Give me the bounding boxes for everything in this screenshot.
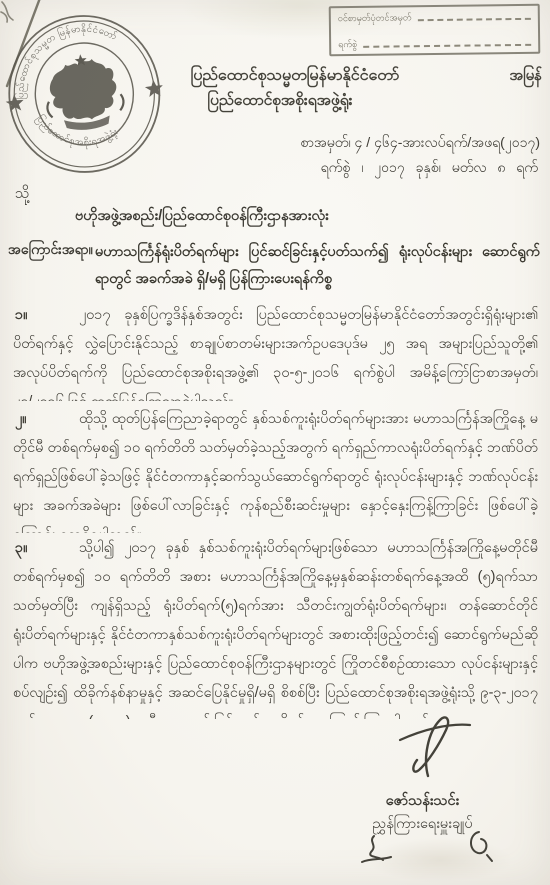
stamp-date-label: ရက်စွဲ [338,39,357,50]
addressee: ဗဟိုအဖွဲ့အစည်း/ပြည်ထောင်စုဝန်ကြီးဌာနအားလ… [75,207,329,228]
scanned-letter-page: ပြည်ထောင်စုသမ္မတ မြန်မာနိုင်ငံတော် ပြည်ထ… [0,0,550,885]
handwritten-signature [382,710,477,790]
paragraph-3: ၃။ သို့ပါ၍ ၂၀၁၇ ခုနှစ် နှစ်သစ်ကူးရုံးပိတ… [13,534,538,719]
subject-block: အကြောင်းအရာ။ မဟာသင်္ကြန်ရုံးပိတ်ရက်များ … [8,239,540,297]
stamp-date-blank-line [363,44,531,48]
union-government-seal: ပြည်ထောင်စုသမ္မတ မြန်မာနိုင်ငံတော် ပြည်ထ… [0,0,172,184]
subject-text: မဟာသင်္ကြန်ရုံးပိတ်ရက်များ ပြင်ဆင်ခြင်းန… [95,239,540,293]
urgency-label: အမြန် [509,66,542,88]
state-title: ပြည်ထောင်စုသမ္မတမြန်မာနိုင်ငံတော် [150,64,440,88]
paragraph-1-number: ၁။ [15,301,28,330]
letter-date: ရက်စွဲ ၊ ၂၀၁၇ ခုနှစ်၊ မတ်လ ၈ ရက် [321,158,538,179]
subject-label: အကြောင်းအရာ။ [8,240,93,261]
stamp-date-row: ရက်စွဲ [338,37,531,50]
paragraph-2-text: ထိုသို့ ထုတ်ပြန်ကြေညာခဲ့ရာတွင် နှစ်သစ်ကူ… [13,405,538,533]
received-stamp-box: ဝင်စာမှတ်ပုံတင်အမှတ် ရက်စွဲ [329,4,541,57]
paragraph-2: ၂။ ထိုသို့ ထုတ်ပြန်ကြေညာခဲ့ရာတွင် နှစ်သစ… [13,405,538,533]
handwritten-initial-left [358,832,394,870]
paragraph-1-text: ၂၀၁၇ ခုနှစ်ပြက္ခဒိန်နှစ်အတွင်း ပြည်ထောင်… [13,301,538,401]
seal-emblem [42,50,126,133]
stamp-registration-blank-line [418,18,531,21]
signer-name: ဇော်သန်းသင်း [340,792,505,813]
stamp-registration-label: ဝင်စာမှတ်ပုံတင်အမှတ် [338,12,412,24]
office-title: ပြည်ထောင်စုအစိုးရအဖွဲ့ရုံး [150,90,410,113]
letter-number: စာအမှတ်၊ ၄ / ၄၆၄-အားလပ်ရက်/အဖရ(၂၀၁၇) [300,133,540,154]
handwritten-initial-right [464,827,498,863]
salutation-to: သို့ [15,184,30,206]
paragraph-1: ၁။ ၂၀၁၇ ခုနှစ်ပြက္ခဒိန်နှစ်အတွင်း ပြည်ထေ… [13,301,538,401]
paragraph-3-text: သို့ပါ၍ ၂၀၁၇ ခုနှစ် နှစ်သစ်ကူးရုံးပိတ်ရက… [13,534,538,719]
stamp-registration-row: ဝင်စာမှတ်ပုံတင်အမှတ် [338,11,531,24]
paragraph-2-number: ၂။ [15,405,27,434]
paragraph-3-number: ၃။ [15,534,28,563]
